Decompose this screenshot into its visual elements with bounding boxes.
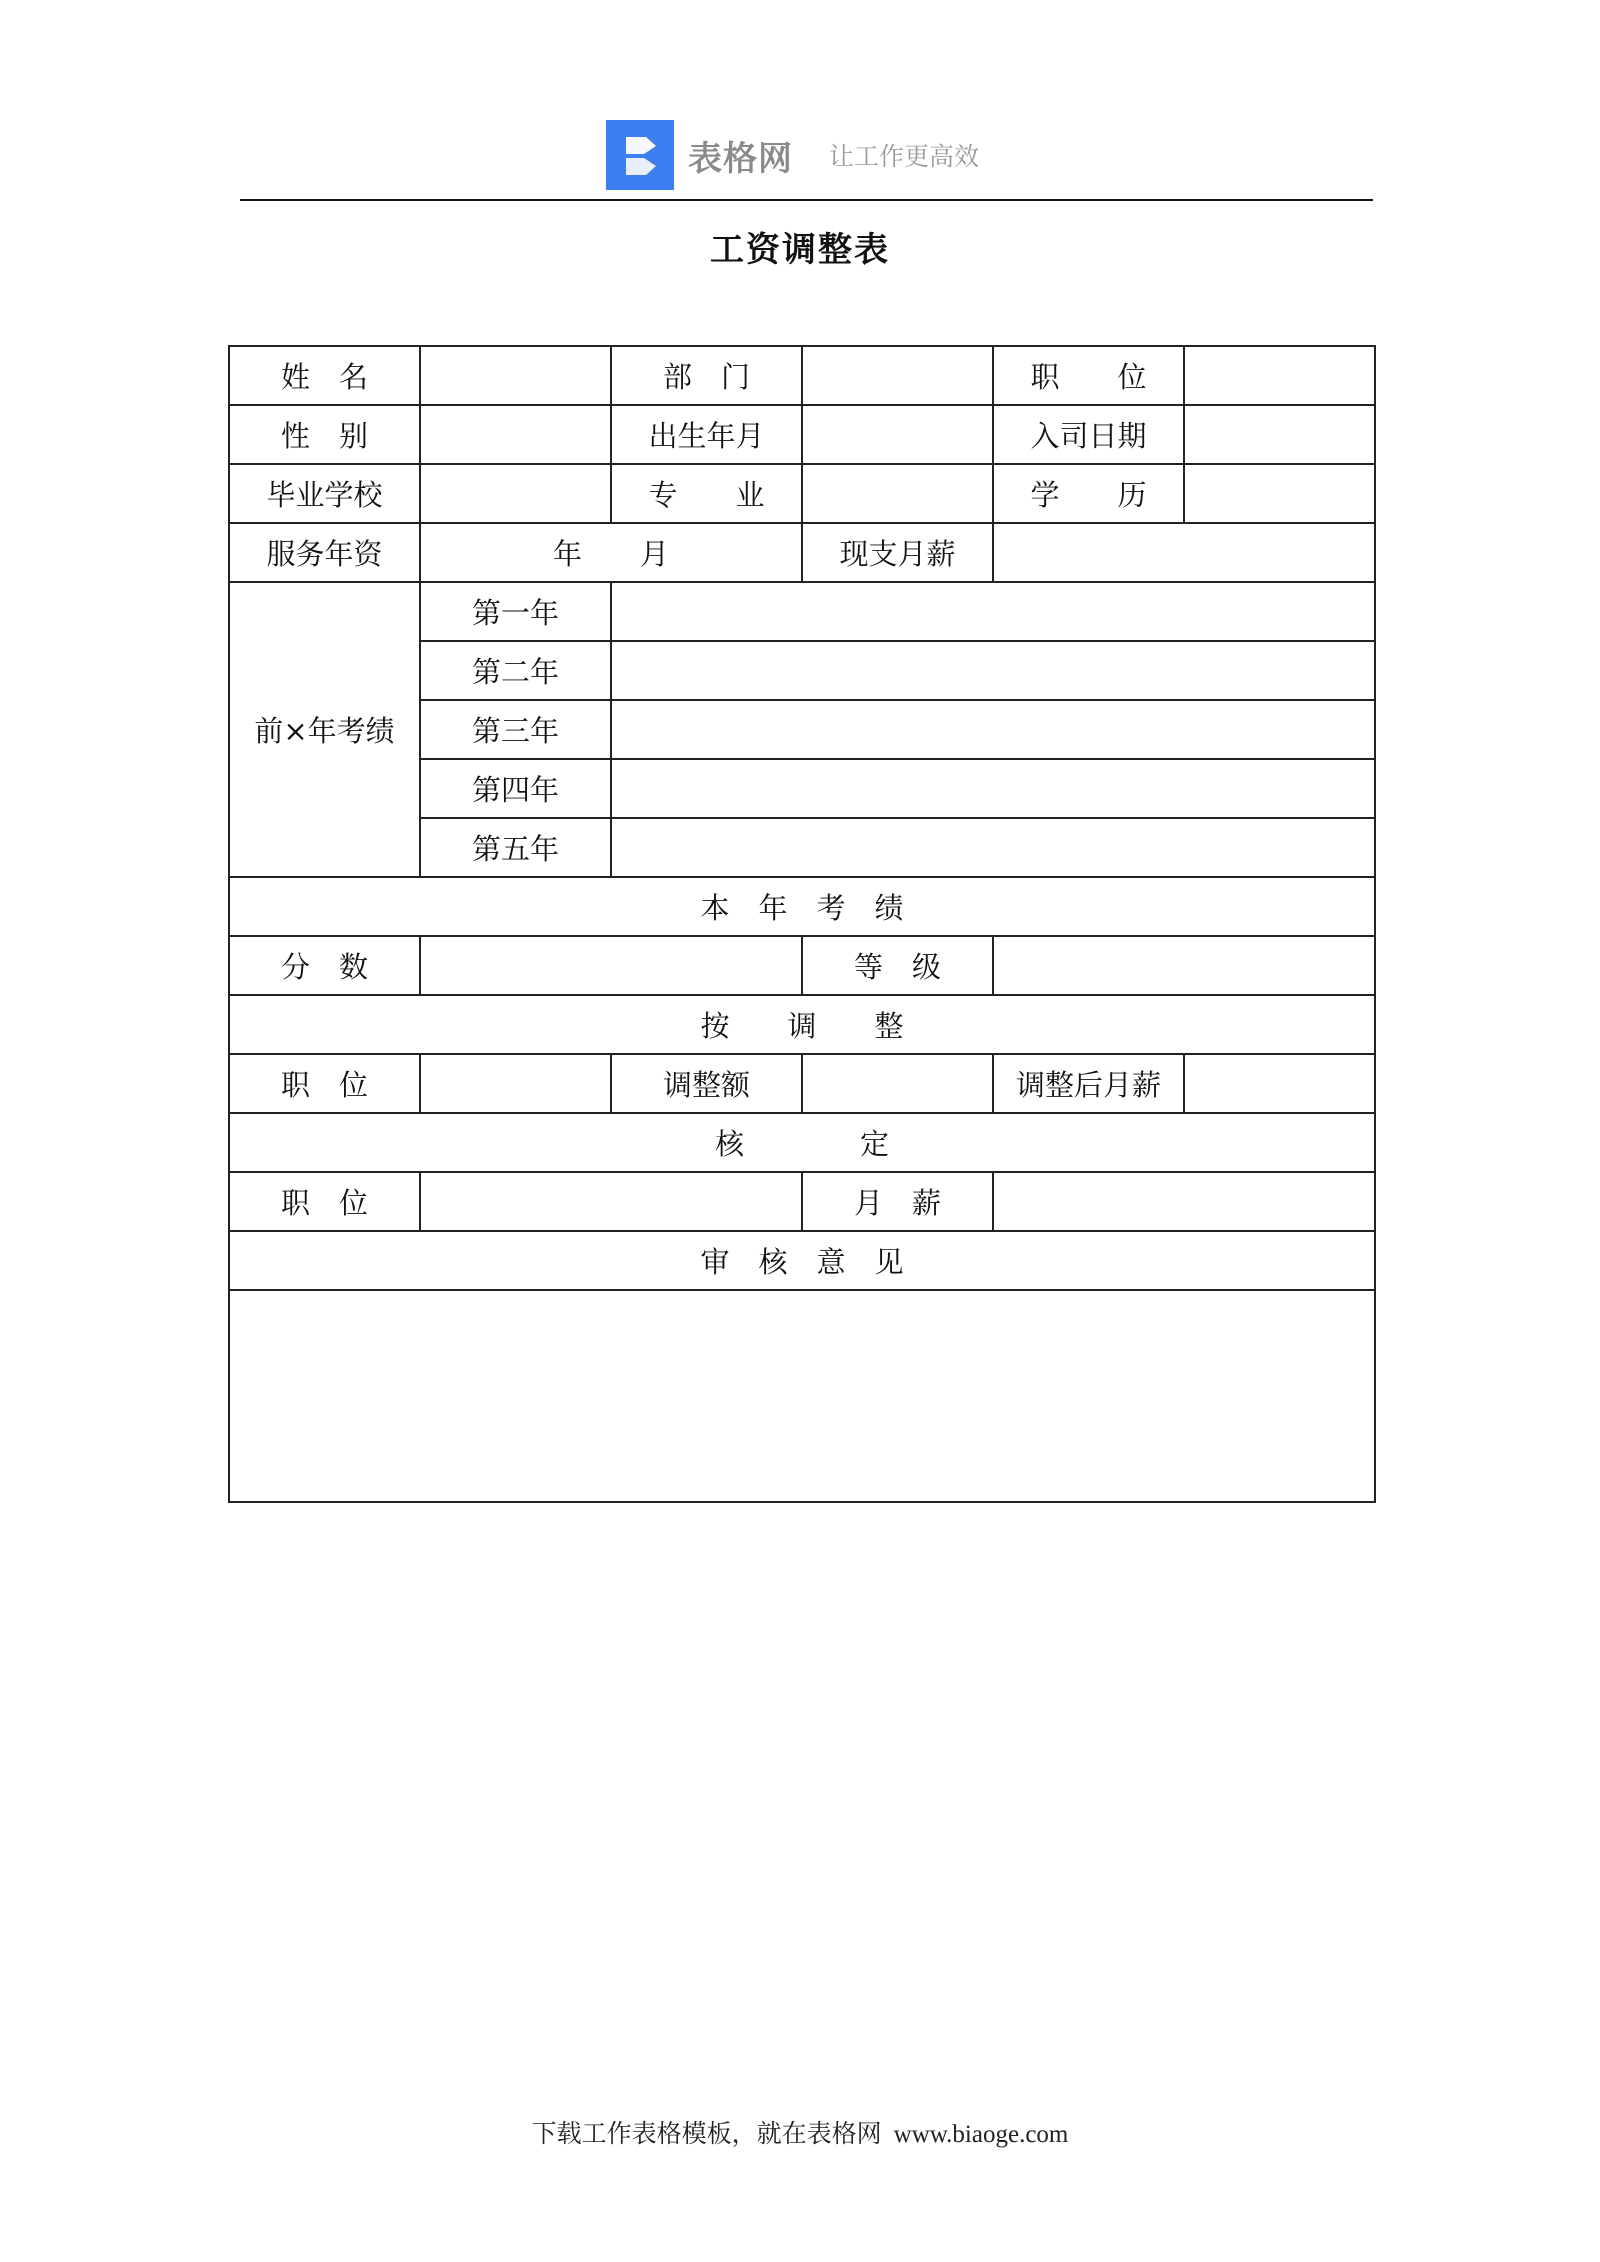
year-3-field[interactable]: [611, 700, 1375, 759]
year-3-label: 第三年: [420, 700, 611, 759]
brand-slogan: 让工作更高效: [829, 137, 979, 173]
year-1-field[interactable]: [611, 582, 1375, 641]
table-row: [229, 1290, 1375, 1502]
year-5-field[interactable]: [611, 818, 1375, 877]
page-title: 工资调整表: [0, 222, 1600, 271]
footer: 下载工作表格模板，就在表格网www.biaoge.com: [0, 2114, 1600, 2150]
table-row: 职 位 月 薪: [229, 1172, 1375, 1231]
adjustment-header: 按 调 整: [229, 995, 1375, 1054]
adjust-amount-label: 调整额: [611, 1054, 802, 1113]
adjusted-salary-field[interactable]: [1184, 1054, 1375, 1113]
name-label: 姓 名: [229, 346, 420, 405]
table-row: 服务年资 年 月 现支月薪: [229, 523, 1375, 582]
grade-label: 等 级: [802, 936, 993, 995]
position-label: 职 位: [993, 346, 1184, 405]
adjusted-salary-label: 调整后月薪: [993, 1054, 1184, 1113]
adjust-position-label: 职 位: [229, 1054, 420, 1113]
year-2-label: 第二年: [420, 641, 611, 700]
adjust-position-field[interactable]: [420, 1054, 611, 1113]
hire-date-field[interactable]: [1184, 405, 1375, 464]
footer-text: 下载工作表格模板，就在表格网: [532, 2121, 882, 2148]
table-row: 分 数 等 级: [229, 936, 1375, 995]
table-row: 本 年 考 绩: [229, 877, 1375, 936]
current-salary-label: 现支月薪: [802, 523, 993, 582]
adjust-amount-field[interactable]: [802, 1054, 993, 1113]
gender-field[interactable]: [420, 405, 611, 464]
table-row: 毕业学校 专 业 学 历: [229, 464, 1375, 523]
table-row: 职 位 调整额 调整后月薪: [229, 1054, 1375, 1113]
approved-salary-label: 月 薪: [802, 1172, 993, 1231]
brand-name: 表格网: [688, 131, 793, 180]
birth-date-label: 出生年月: [611, 405, 802, 464]
table-row: 前×年考绩 第一年: [229, 582, 1375, 641]
school-label: 毕业学校: [229, 464, 420, 523]
birth-date-field[interactable]: [802, 405, 993, 464]
table-row: 核 定: [229, 1113, 1375, 1172]
position-field[interactable]: [1184, 346, 1375, 405]
year-4-field[interactable]: [611, 759, 1375, 818]
year-5-label: 第五年: [420, 818, 611, 877]
current-salary-field[interactable]: [993, 523, 1375, 582]
approved-position-field[interactable]: [420, 1172, 802, 1231]
education-field[interactable]: [1184, 464, 1375, 523]
score-field[interactable]: [420, 936, 802, 995]
review-opinion-header: 审 核 意 见: [229, 1231, 1375, 1290]
brand-header: 表格网 让工作更高效: [606, 120, 979, 190]
biaoge-logo-icon: [606, 120, 674, 190]
hire-date-label: 入司日期: [993, 405, 1184, 464]
table-row: 审 核 意 见: [229, 1231, 1375, 1290]
education-label: 学 历: [993, 464, 1184, 523]
table-row: 姓 名 部 门 职 位: [229, 346, 1375, 405]
name-field[interactable]: [420, 346, 611, 405]
service-years-label: 服务年资: [229, 523, 420, 582]
year-1-label: 第一年: [420, 582, 611, 641]
salary-adjustment-form: 姓 名 部 门 职 位 性 别 出生年月 入司日期 毕业学校 专 业 学 历 服…: [228, 345, 1376, 1503]
department-field[interactable]: [802, 346, 993, 405]
department-label: 部 门: [611, 346, 802, 405]
approved-position-label: 职 位: [229, 1172, 420, 1231]
grade-field[interactable]: [993, 936, 1375, 995]
header-divider: [240, 199, 1373, 201]
table-row: 性 别 出生年月 入司日期: [229, 405, 1375, 464]
school-field[interactable]: [420, 464, 611, 523]
approved-salary-field[interactable]: [993, 1172, 1375, 1231]
approval-header: 核 定: [229, 1113, 1375, 1172]
service-years-field[interactable]: 年 月: [420, 523, 802, 582]
gender-label: 性 别: [229, 405, 420, 464]
score-label: 分 数: [229, 936, 420, 995]
major-label: 专 业: [611, 464, 802, 523]
year-4-label: 第四年: [420, 759, 611, 818]
table-row: 按 调 整: [229, 995, 1375, 1054]
major-field[interactable]: [802, 464, 993, 523]
footer-url-link[interactable]: www.biaoge.com: [894, 2121, 1069, 2148]
past-performance-label: 前×年考绩: [229, 582, 420, 877]
year-2-field[interactable]: [611, 641, 1375, 700]
this-year-performance-header: 本 年 考 绩: [229, 877, 1375, 936]
review-opinion-field[interactable]: [229, 1290, 1375, 1502]
